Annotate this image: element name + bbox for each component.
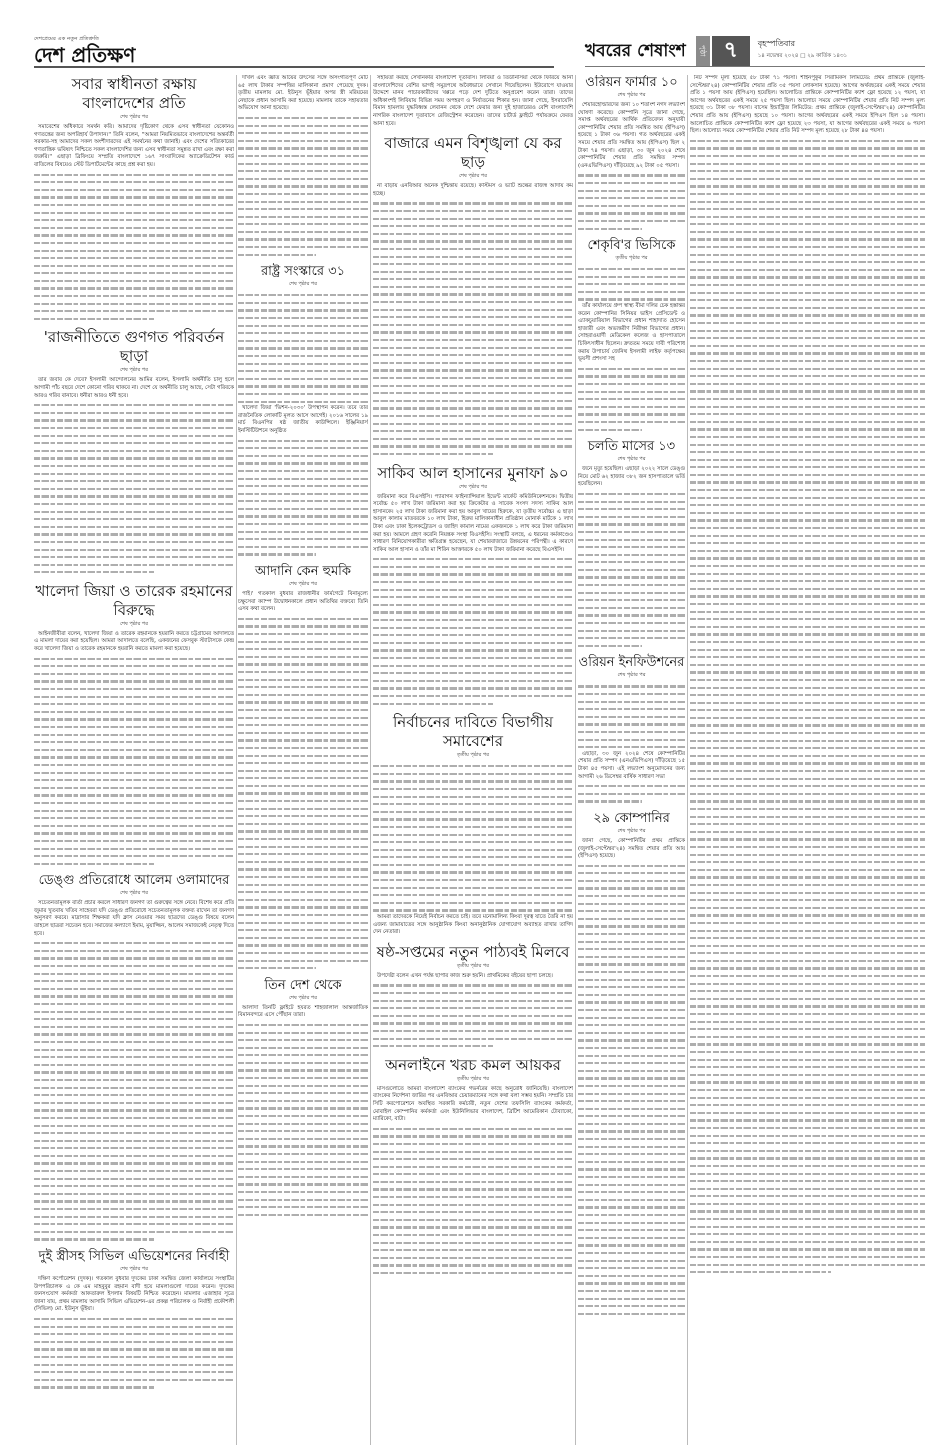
article-this-month: চলতি মাসের ১৩ শেষ পৃষ্ঠার পর জনে মৃত্যু …	[578, 439, 685, 649]
article-body: সচেতনতামূলক বার্তা প্রচার করলে সাধারণ জন…	[34, 900, 234, 1243]
jump-label: শেষ পৃষ্ঠার পর	[578, 456, 685, 464]
article-body: শেয়ারহোল্ডারদের জন্য ১০ শতাংশ নগদ লভ্যা…	[578, 102, 685, 232]
article-body: সহায়তা করছে সেখানকার বাংলাদেশ দূতাবাস। …	[373, 75, 573, 128]
article-29-companies: ২৯ কোম্পানির শেষ পৃষ্ঠার পর জানা গেছে, ক…	[578, 811, 685, 1317]
article-politics-change: 'রাজনীতিতে গুণগত পরিবর্তন ছাড়া শেষ পৃষ্…	[34, 328, 234, 575]
article-state-reform: রাষ্ট্র সংস্কারে ৩১ শেষ পৃষ্ঠার পর খালেদ…	[238, 264, 368, 558]
column-4: ওরিয়ন ফার্মার ১০ শেষ পৃষ্ঠার পর শেয়ারহ…	[578, 75, 685, 1445]
masthead: দেশপ্রেমের এক নতুন প্রতিশ্রুতি দেশ প্রতি…	[0, 0, 945, 70]
headline: চলতি মাসের ১৩	[578, 439, 685, 455]
article-us-freedom: সবার স্বাধীনতা রক্ষায় বাংলাদেশের প্রতি …	[34, 75, 234, 322]
newspaper-logo: দেশ প্রতিক্ষণ	[34, 44, 135, 66]
jump-label: শেষ পৃষ্ঠার পর	[34, 1266, 234, 1274]
jump-label: শেষ পৃষ্ঠার পর	[578, 92, 685, 100]
article-body: জানা গেছে, কোম্পানিটির প্রথম প্রান্তিকে …	[578, 838, 685, 1317]
article-lead: তাঁর কার্যালয়ে গ্রুপ স্বাস্থ্য বীমা দলি…	[578, 303, 685, 364]
headline: সবার স্বাধীনতা রক্ষায় বাংলাদেশের প্রতি	[34, 75, 234, 113]
column-divider	[370, 75, 371, 1445]
article-three-countries: তিন দেশ থেকে শেষ পৃষ্ঠার পর আলাদা তিনটি …	[238, 978, 368, 1219]
jump-label: তৃতীয় পৃষ্ঠার পর	[373, 1076, 573, 1084]
article-khaleda-tarique: খালেদা জিয়া ও তারেক রহমানের বিরুদ্ধে শে…	[34, 582, 234, 867]
column-2: দখিল এবং জ্ঞাত আয়ের উৎসের সঙ্গে অসংগতিপ…	[238, 75, 368, 1445]
column-divider	[236, 75, 237, 1445]
article-lead: আমরা তাদেরকে নিয়েই নির্বাচন করতে চাই। ত…	[373, 914, 573, 937]
article-29-companies-cont: নিট সম্পদ মূল্য হয়েছে ৫৮ টাকা ৭১ পয়সা।…	[690, 75, 925, 1276]
article-textbooks: ষষ্ঠ-সপ্তমের নতুন পাঠ্যবই মিলবে তৃতীয় প…	[373, 943, 573, 1050]
article-lead: দখিল এবং জ্ঞাত আয়ের উৎসের সঙ্গে অসংগতিপ…	[238, 75, 368, 113]
article-body: দখিল এবং জ্ঞাত আয়ের উৎসের সঙ্গে অসংগতিপ…	[238, 75, 368, 258]
article-lead: না বাড়ায় এনবিআর অনেক দুশ্চিন্তায় রয়ে…	[373, 183, 573, 198]
article-shakib-profit: সাকিব আল হাসানের মুনাফা ৯০ শেষ পৃষ্ঠার প…	[373, 464, 573, 708]
article-dengue-prevention: ডেঙ্গু প্রতিরোধে আলেম ওলামাদের শেষ পৃষ্ঠ…	[34, 873, 234, 1243]
headline: তিন দেশ থেকে	[238, 978, 368, 994]
article-continuation: সহায়তা করছে সেখানকার বাংলাদেশ দূতাবাস। …	[373, 75, 573, 128]
headline: বাজারে এমন বিশৃঙ্খলা যে কর ছাড়	[373, 134, 573, 172]
article-body: তার জবাব কে দেবে? ইসলামী আন্দোলনের আমির …	[34, 377, 234, 575]
masthead-rule	[34, 66, 554, 68]
jump-label: তৃতীয় পৃষ্ঠার পর	[373, 963, 573, 971]
headline: রাষ্ট্র সংস্কারে ৩১	[238, 264, 368, 280]
article-civil-aviation: দুই স্ত্রীসহ সিভিল এভিয়েশনের নির্বাহী শ…	[34, 1249, 234, 1391]
article-body: আমরা তাদেরকে নিয়েই নির্বাচন করতে চাই। ত…	[373, 762, 573, 937]
jump-label: শেষ পৃষ্ঠার পর	[373, 484, 573, 492]
newspaper-brand: দেশপ্রেমের এক নতুন প্রতিশ্রুতি দেশ প্রতি…	[34, 36, 135, 66]
headline: আদানি কেন হুমকি	[238, 564, 368, 580]
date-block: বৃহস্পতিবার ১৪ নভেম্বর ২০২৪ □ ২৯ কার্তিক…	[750, 36, 847, 66]
article-lead: শেয়ারহোল্ডারদের জন্য ১০ শতাংশ নগদ লভ্যা…	[578, 102, 685, 170]
jump-label: শেষ পৃষ্ঠার পর	[578, 828, 685, 836]
article-lead: নিট সম্পদ মূল্য হয়েছে ৫৮ টাকা ৭১ পয়সা।…	[690, 75, 925, 136]
article-market-chaos: বাজারে এমন বিশৃঙ্খলা যে কর ছাড় শেষ পৃষ্…	[373, 134, 573, 457]
weekday: বৃহস্পতিবার	[758, 38, 847, 51]
article-body: না বাড়ায় এনবিআর অনেক দুশ্চিন্তায় রয়ে…	[373, 183, 573, 457]
column-5: নিট সম্পদ মূল্য হয়েছে ৫৮ টাকা ৭১ পয়সা।…	[690, 75, 925, 1445]
jump-label: শেষ পৃষ্ঠার পর	[34, 890, 234, 898]
article-lead: সহায়তা করছে সেখানকার বাংলাদেশ দূতাবাস। …	[373, 75, 573, 128]
article-lead: জরিমানা করে বিএসইসি। প্যারাগন ফাইন্যান্স…	[373, 494, 573, 555]
headline: ষষ্ঠ-সপ্তমের নতুন পাঠ্যবই মিলবে	[373, 943, 573, 962]
jump-label: শেষ পৃষ্ঠার পর	[238, 281, 368, 289]
masthead-rule-right	[585, 66, 925, 67]
article-body: এছাড়া, ৩০ জুন ২০২৪ শেষে কোম্পানিটির শেয…	[578, 682, 685, 805]
article-body: তাঁর কার্যালয়ে গ্রুপ স্বাস্থ্য বীমা দলি…	[578, 265, 685, 433]
article-orion-pharma: ওরিয়ন ফার্মার ১০ শেষ পৃষ্ঠার পর শেয়ারহ…	[578, 75, 685, 232]
headline: শেকৃবি'র ভিসিকে	[578, 238, 685, 254]
article-orion-infusion: ওরিয়ন ইনফিউশনের শেষ পৃষ্ঠার পর এছাড়া, …	[578, 655, 685, 805]
jump-label: শেষ পৃষ্ঠার পর	[34, 114, 234, 122]
article-body: জনে মৃত্যু হয়েছিল। এছাড়া ২০২২ সালে ডেঙ…	[578, 466, 685, 649]
article-continuation: দখিল এবং জ্ঞাত আয়ের উৎসের সঙ্গে অসংগতিপ…	[238, 75, 368, 258]
jump-label: শেষ পৃষ্ঠার পর	[238, 581, 368, 589]
article-lead: মাসগুলোতে আমরা বাংলাদেশ ব্যাংকের গভর্নরে…	[373, 1086, 573, 1124]
column-divider	[687, 75, 688, 1445]
jump-label: শেষ পৃষ্ঠার পর	[34, 621, 234, 629]
jump-label: শেষ পৃষ্ঠার পর	[238, 995, 368, 1003]
article-body: নিট সম্পদ মূল্য হয়েছে ৫৮ টাকা ৭১ পয়সা।…	[690, 75, 925, 1276]
article-lead: আইনজীবীরা বলেন, খালেদা জিয়া ও তারেক রহম…	[34, 631, 234, 654]
article-lead: জনে মৃত্যু হয়েছিল। এছাড়া ২০২২ সালে ডেঙ…	[578, 466, 685, 489]
page-header: খবরের শেষাংশ পৃষ্ঠা ৭ বৃহস্পতিবার ১৪ নভে…	[585, 36, 847, 66]
article-lead: সমাবেশের অধিকারে সমর্থন করি। আমাদের দৃষ্…	[34, 124, 234, 170]
column-divider	[575, 75, 576, 1445]
article-lead: সচেতনতামূলক বার্তা প্রচার করলে সাধারণ জন…	[34, 900, 234, 938]
headline: খালেদা জিয়া ও তারেক রহমানের বিরুদ্ধে	[34, 582, 234, 620]
column-1: সবার স্বাধীনতা রক্ষায় বাংলাদেশের প্রতি …	[34, 75, 234, 1445]
jump-label: শেষ পৃষ্ঠার পর	[373, 173, 573, 181]
article-lead: জানা গেছে, কোম্পানিটির প্রথম প্রান্তিকে …	[578, 838, 685, 861]
article-body: উপদেষ্টা বলেন এখন পর্যন্ত ছাপার কাজ শুরু…	[373, 973, 573, 1050]
article-body: পাই।' গতকাল বুধবার রাজধানীর ফার্মগেটে বি…	[238, 591, 368, 972]
page-label: পৃষ্ঠা	[696, 36, 710, 66]
jump-label: শেষ পৃষ্ঠার পর	[34, 367, 234, 375]
article-body: জরিমানা করে বিএসইসি। প্যারাগন ফাইন্যান্স…	[373, 494, 573, 708]
article-body: মাসগুলোতে আমরা বাংলাদেশ ব্যাংকের গভর্নরে…	[373, 1086, 573, 1277]
article-body: আলাদা তিনটি ফ্লাইটে হযরত শাহজালাল আন্তর্…	[238, 1005, 368, 1219]
article-lead: দক্ষিণ কর্পোরেশন (দুদক)। গতকাল বুধবার দু…	[34, 1276, 234, 1314]
page-number: ৭	[712, 36, 750, 66]
column-3: সহায়তা করছে সেখানকার বাংলাদেশ দূতাবাস। …	[373, 75, 573, 1445]
article-lead: উপদেষ্টা বলেন এখন পর্যন্ত ছাপার কাজ শুরু…	[373, 973, 573, 981]
headline: সাকিব আল হাসানের মুনাফা ৯০	[373, 464, 573, 483]
article-lead: পাই।' গতকাল বুধবার রাজধানীর ফার্মগেটে বি…	[238, 591, 368, 614]
article-body: আইনজীবীরা বলেন, খালেদা জিয়া ও তারেক রহম…	[34, 631, 234, 867]
article-online-tax: অনলাইনে খরচ কমল আয়কর তৃতীয় পৃষ্ঠার পর …	[373, 1056, 573, 1277]
date-line: ১৪ নভেম্বর ২০২৪ □ ২৯ কার্তিক ১৪৩১	[758, 53, 847, 61]
headline: অনলাইনে খরচ কমল আয়কর	[373, 1056, 573, 1075]
headline: নির্বাচনের দাবিতে বিভাগীয় সমাবেশের	[373, 713, 573, 751]
article-lead: আলাদা তিনটি ফ্লাইটে হযরত শাহজালাল আন্তর্…	[238, 1005, 368, 1020]
article-body: খালেদা জিয়া 'ভিশন-২০৩০' উপস্থাপন করেন। …	[238, 291, 368, 558]
article-election-rally: নির্বাচনের দাবিতে বিভাগীয় সমাবেশের তৃতী…	[373, 713, 573, 937]
jump-label: তৃতীয় পৃষ্ঠার পর	[373, 752, 573, 760]
section-title: খবরের শেষাংশ	[585, 36, 696, 66]
article-lead: খালেদা জিয়া 'ভিশন-২০৩০' উপস্থাপন করেন। …	[238, 405, 368, 435]
headline: ওরিয়ন ফার্মার ১০	[578, 75, 685, 91]
article-sau-vc: শেকৃবি'র ভিসিকে তৃতীয় পৃষ্ঠার পর তাঁর ক…	[578, 238, 685, 433]
headline: ওরিয়ন ইনফিউশনের	[578, 655, 685, 671]
headline: ডেঙ্গু প্রতিরোধে আলেম ওলামাদের	[34, 873, 234, 889]
jump-label: শেষ পৃষ্ঠার পর	[578, 672, 685, 680]
article-body: দক্ষিণ কর্পোরেশন (দুদক)। গতকাল বুধবার দু…	[34, 1276, 234, 1391]
jump-label: তৃতীয় পৃষ্ঠার পর	[578, 255, 685, 263]
headline: ২৯ কোম্পানির	[578, 811, 685, 827]
article-adani-threat: আদানি কেন হুমকি শেষ পৃষ্ঠার পর পাই।' গতক…	[238, 564, 368, 972]
headline: 'রাজনীতিতে গুণগত পরিবর্তন ছাড়া	[34, 328, 234, 366]
headline: দুই স্ত্রীসহ সিভিল এভিয়েশনের নির্বাহী	[34, 1249, 234, 1265]
article-lead: তার জবাব কে দেবে? ইসলামী আন্দোলনের আমির …	[34, 377, 234, 400]
article-lead: এছাড়া, ৩০ জুন ২০২৪ শেষে কোম্পানিটির শেয…	[578, 751, 685, 781]
article-body: সমাবেশের অধিকারে সমর্থন করি। আমাদের দৃষ্…	[34, 124, 234, 322]
